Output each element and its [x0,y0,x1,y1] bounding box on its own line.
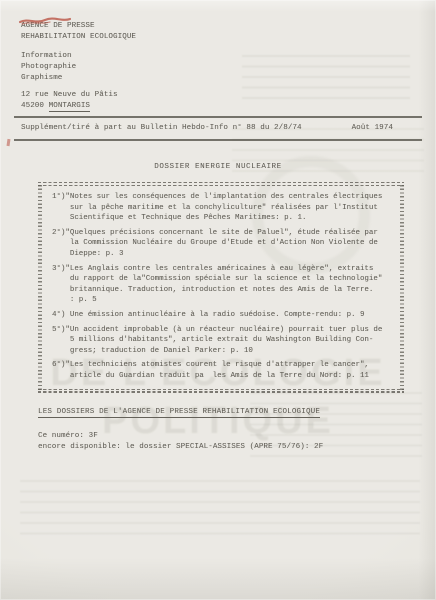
divider-rule-top [14,116,422,118]
letterhead: AGENCE DE PRESSE REHABILITATION ECOLOGIQ… [21,21,136,112]
scanned-document: DE L'ECOLOGIE POLITIQUE AGENCE DE PRESSE… [0,0,436,600]
document-title: DOSSIER ENERGIE NUCLEAIRE [0,162,436,173]
bleedthrough-lines-bottom [20,480,420,540]
price-this-issue: Ce numéro: 3F [38,431,323,442]
toc-box-border-top [38,182,404,183]
red-tick-mark [7,139,10,146]
issue-date: Août 1974 [352,123,393,134]
dossiers-heading: LES DOSSIERS DE L'AGENCE DE PRESSE REHAB… [38,408,320,418]
toc-box-content: 1°)"Notes sur les conséquences de l'impl… [38,186,404,389]
address-city-line: 45200 MONTARGIS [21,101,136,112]
supplement-line: Supplément/tiré à part au Bulletin Hebdo… [21,123,302,134]
bleedthrough-lines-top-right [242,55,410,99]
toc-box: 1°)"Notes sur les conséquences de l'impl… [38,182,404,393]
toc-item-6: 6°)"Les techniciens atomistes courent le… [52,360,396,381]
address-zip: 45200 [21,102,44,110]
also-available: encore disponible: le dossier SPECIAL-AS… [38,442,323,453]
address-street: 12 rue Neuve du Pâtis [21,90,136,101]
toc-item-4: 4°) Une émission antinucléaire à la radi… [52,310,396,321]
agency-service-information: Information [21,51,136,62]
address-city: MONTARGIS [49,102,90,112]
toc-box-border-right [400,185,404,390]
agency-name-line2: REHABILITATION ECOLOGIQUE [21,32,136,43]
agency-name-line1: AGENCE DE PRESSE [21,21,136,32]
toc-item-2: 2°)"Quelques précisions concernant le si… [52,228,396,260]
toc-item-1: 1°)"Notes sur les conséquences de l'impl… [52,192,396,224]
agency-service-graphisme: Graphisme [21,73,136,84]
toc-box-border-left [38,185,42,390]
agency-service-photographie: Photographie [21,62,136,73]
toc-item-3: 3°)"Les Anglais contre les centrales amé… [52,264,396,306]
footer: LES DOSSIERS DE L'AGENCE DE PRESSE REHAB… [38,407,323,453]
divider-rule-bottom [14,139,422,141]
masthead: Supplément/tiré à part au Bulletin Hebdo… [21,123,393,134]
toc-item-5: 5°)"Un accident improbable (à un réacteu… [52,325,396,357]
toc-box-border-bottom [38,389,404,390]
